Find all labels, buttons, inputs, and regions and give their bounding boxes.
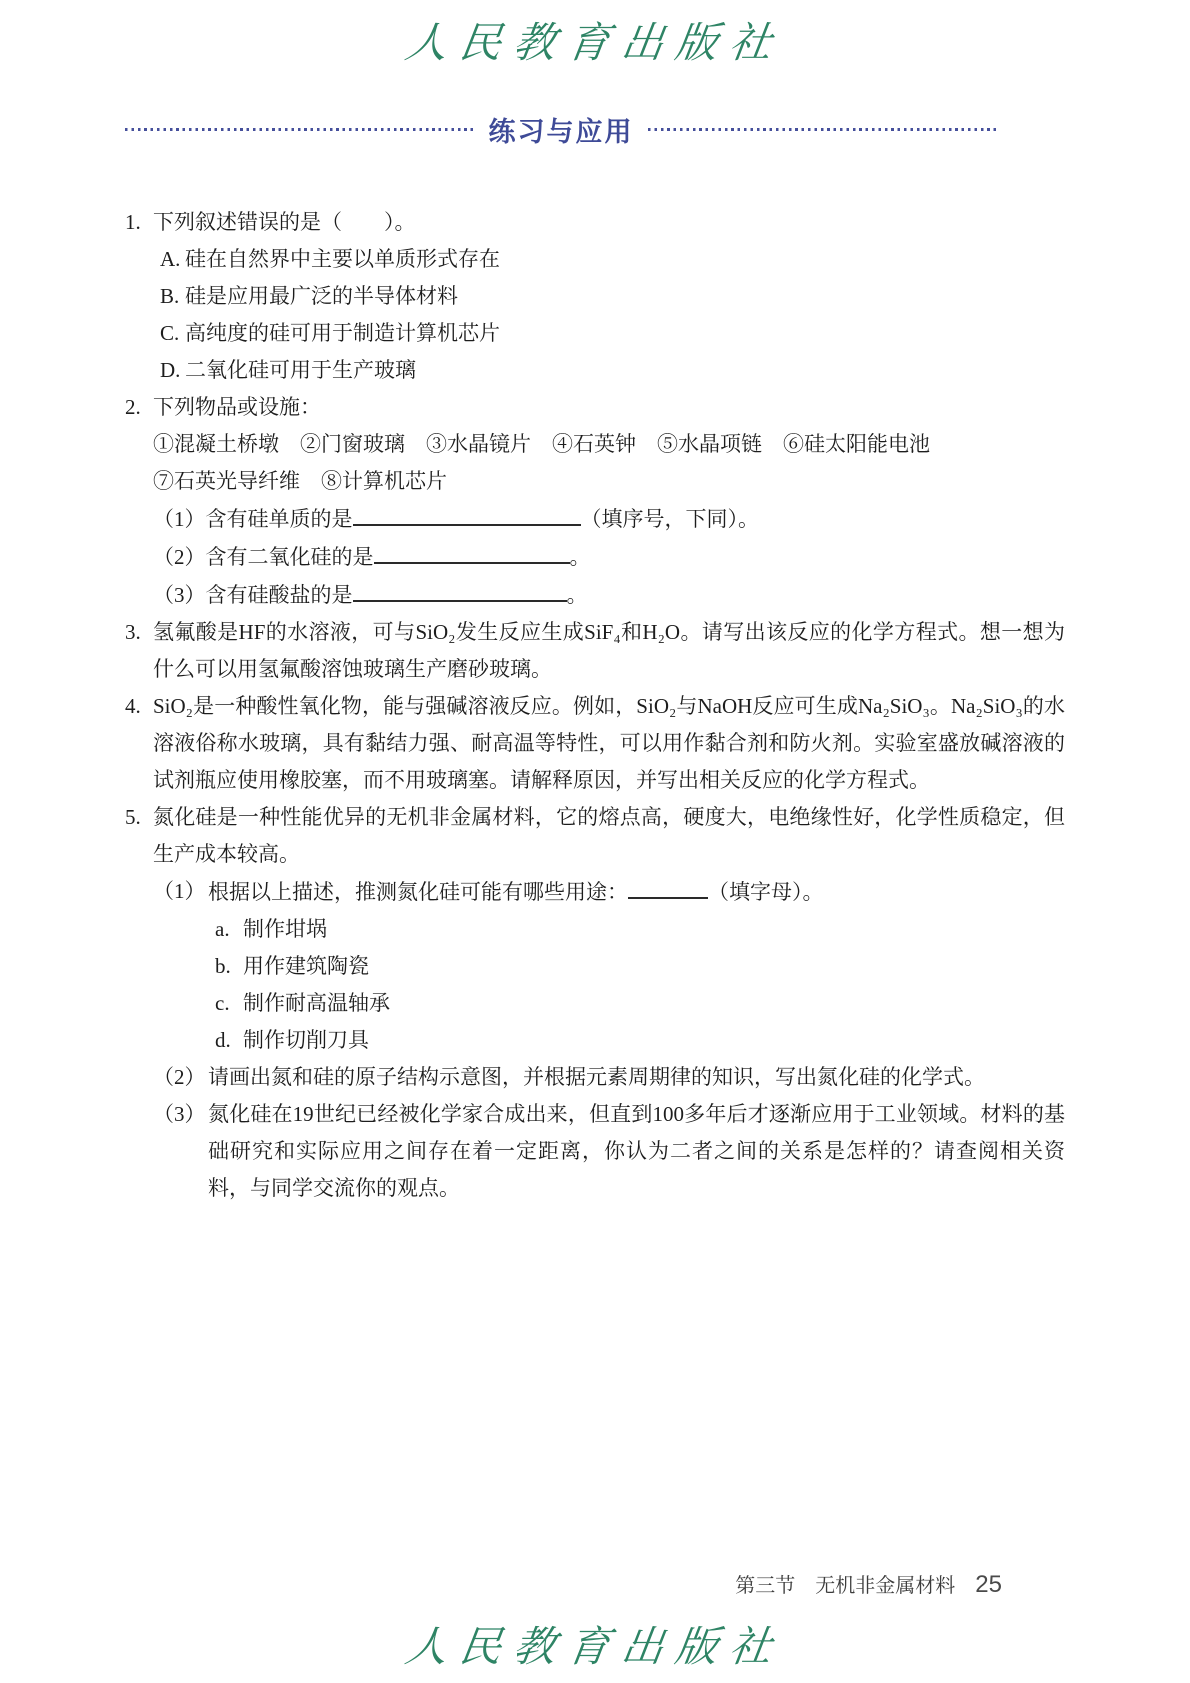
blank-prefix: 根据以上描述，推测氮化硅可能有哪些用途：: [208, 880, 628, 904]
exercise-number: 5.: [125, 799, 153, 1207]
option-text: 高纯度的硅可用于制造计算机芯片: [185, 315, 500, 352]
blank-prefix: （1）含有硅单质的是: [153, 507, 353, 531]
sub-question-label: （3）: [153, 1096, 208, 1207]
items-line-2: ⑦石英光导纤维 ⑧计算机芯片: [153, 463, 1065, 500]
items-line-1: ①混凝土桥墩 ②门窗玻璃 ③水晶镜片 ④石英钟 ⑤水晶项链 ⑥硅太阳能电池: [153, 426, 1065, 463]
exercise-number: 1.: [125, 204, 153, 389]
exercise-text: 氮化硅是一种性能优异的无机非金属材料，它的熔点高，硬度大，电绝缘性好，化学性质稳…: [153, 799, 1065, 873]
right-dotted-rule: [648, 128, 998, 131]
option-row-a: A. 硅在自然界中主要以单质形式存在: [160, 241, 1065, 278]
blank-row-1: （1）含有硅单质的是（填序号，下同）。: [153, 500, 1065, 538]
blank-suffix: 。: [567, 583, 588, 607]
sub-question-text: 请画出氮和硅的原子结构示意图，并根据元素周期律的知识，写出氮化硅的化学式。: [208, 1059, 1065, 1096]
fill-in-blank: [374, 538, 570, 564]
choice-text: 用作建筑陶瓷: [243, 948, 369, 985]
textbook-page: 人民教育出版社 练习与应用 1. 下列叙述错误的是（ ）。 A. 硅在自然界中主…: [0, 0, 1190, 1683]
sub-question-line: 根据以上描述，推测氮化硅可能有哪些用途：（填字母）。: [208, 873, 1065, 911]
exercise-3: 3. 氢氟酸是HF的水溶液，可与SiO₂发生反应生成SiF₄和H₂O。请写出该反…: [125, 614, 1065, 688]
exercise-4: 4. SiO₂是一种酸性氧化物，能与强碱溶液反应。例如，SiO₂与NaOH反应可…: [125, 688, 1065, 799]
exercise-number: 2.: [125, 389, 153, 614]
option-text: 硅是应用最广泛的半导体材料: [185, 278, 458, 315]
exercise-text: 下列物品或设施：: [153, 389, 1065, 426]
exercise-2: 2. 下列物品或设施： ①混凝土桥墩 ②门窗玻璃 ③水晶镜片 ④石英钟 ⑤水晶项…: [125, 389, 1065, 614]
option-row-c: C. 高纯度的硅可用于制造计算机芯片: [160, 315, 1065, 352]
footer-section: 第三节: [735, 1569, 795, 1598]
exercise-text: 氢氟酸是HF的水溶液，可与SiO₂发生反应生成SiF₄和H₂O。请写出该反应的化…: [153, 614, 1065, 688]
section-title: 练习与应用: [489, 110, 634, 149]
choice-row-c: c. 制作耐高温轴承: [215, 985, 1065, 1022]
sub-question-1: （1） 根据以上描述，推测氮化硅可能有哪些用途：（填字母）。 a. 制作坩埚 b…: [153, 873, 1065, 1059]
exercise-text: SiO₂是一种酸性氧化物，能与强碱溶液反应。例如，SiO₂与NaOH反应可生成N…: [153, 688, 1065, 799]
choice-letter: b.: [215, 948, 243, 985]
blank-suffix: 。: [570, 545, 591, 569]
page-footer: 第三节无机非金属材料25: [735, 1569, 1002, 1599]
exercise-body: 下列物品或设施： ①混凝土桥墩 ②门窗玻璃 ③水晶镜片 ④石英钟 ⑤水晶项链 ⑥…: [153, 389, 1065, 614]
option-letter: C.: [160, 315, 185, 352]
sub-question-2: （2） 请画出氮和硅的原子结构示意图，并根据元素周期律的知识，写出氮化硅的化学式…: [153, 1059, 1065, 1096]
choice-row-a: a. 制作坩埚: [215, 911, 1065, 948]
option-row-d: D. 二氧化硅可用于生产玻璃: [160, 352, 1065, 389]
choice-letter: d.: [215, 1022, 243, 1059]
blank-row-3: （3）含有硅酸盐的是。: [153, 576, 1065, 614]
sub-question-3: （3） 氮化硅在19世纪已经被化学家合成出来，但直到100多年后才逐渐应用于工业…: [153, 1096, 1065, 1207]
exercise-5: 5. 氮化硅是一种性能优异的无机非金属材料，它的熔点高，硬度大，电绝缘性好，化学…: [125, 799, 1065, 1207]
exercise-body: 氮化硅是一种性能优异的无机非金属材料，它的熔点高，硬度大，电绝缘性好，化学性质稳…: [153, 799, 1065, 1207]
footer-chapter: 无机非金属材料: [815, 1569, 955, 1598]
option-text: 硅在自然界中主要以单质形式存在: [185, 241, 500, 278]
choice-row-d: d. 制作切削刀具: [215, 1022, 1065, 1059]
sub-question-text: 氮化硅在19世纪已经被化学家合成出来，但直到100多年后才逐渐应用于工业领域。材…: [208, 1096, 1065, 1207]
fill-in-blank: [628, 873, 708, 899]
publisher-logo-top: 人民教育出版社: [0, 10, 1190, 70]
choice-text: 制作坩埚: [243, 911, 327, 948]
choice-letter: a.: [215, 911, 243, 948]
blank-prefix: （3）含有硅酸盐的是: [153, 583, 353, 607]
option-text: 二氧化硅可用于生产玻璃: [185, 352, 416, 389]
section-title-row: 练习与应用: [125, 110, 997, 149]
exercise-text: 下列叙述错误的是（ ）。: [153, 204, 1065, 241]
sub-question-label: （2）: [153, 1059, 208, 1096]
choice-text: 制作耐高温轴承: [243, 985, 390, 1022]
exercise-body: 下列叙述错误的是（ ）。 A. 硅在自然界中主要以单质形式存在 B. 硅是应用最…: [153, 204, 1065, 389]
choice-letter: c.: [215, 985, 243, 1022]
left-dotted-rule: [125, 128, 475, 131]
option-letter: D.: [160, 352, 185, 389]
sub-question-body: 根据以上描述，推测氮化硅可能有哪些用途：（填字母）。 a. 制作坩埚 b. 用作…: [208, 873, 1065, 1059]
publisher-logo-bottom: 人民教育出版社: [0, 1614, 1190, 1674]
footer-page-number: 25: [975, 1571, 1002, 1599]
choice-row-b: b. 用作建筑陶瓷: [215, 948, 1065, 985]
exercise-number: 3.: [125, 614, 153, 688]
blank-suffix: （填序号，下同）。: [581, 507, 760, 531]
blank-prefix: （2）含有二氧化硅的是: [153, 545, 374, 569]
blank-row-2: （2）含有二氧化硅的是。: [153, 538, 1065, 576]
sub-question-label: （1）: [153, 873, 208, 1059]
exercise-1: 1. 下列叙述错误的是（ ）。 A. 硅在自然界中主要以单质形式存在 B. 硅是…: [125, 204, 1065, 389]
blank-suffix: （填字母）。: [708, 880, 824, 904]
exercise-list: 1. 下列叙述错误的是（ ）。 A. 硅在自然界中主要以单质形式存在 B. 硅是…: [125, 204, 1065, 1207]
fill-in-blank: [353, 500, 581, 526]
option-row-b: B. 硅是应用最广泛的半导体材料: [160, 278, 1065, 315]
fill-in-blank: [353, 576, 567, 602]
option-letter: A.: [160, 241, 185, 278]
option-letter: B.: [160, 278, 185, 315]
choice-text: 制作切削刀具: [243, 1022, 369, 1059]
exercise-number: 4.: [125, 688, 153, 799]
